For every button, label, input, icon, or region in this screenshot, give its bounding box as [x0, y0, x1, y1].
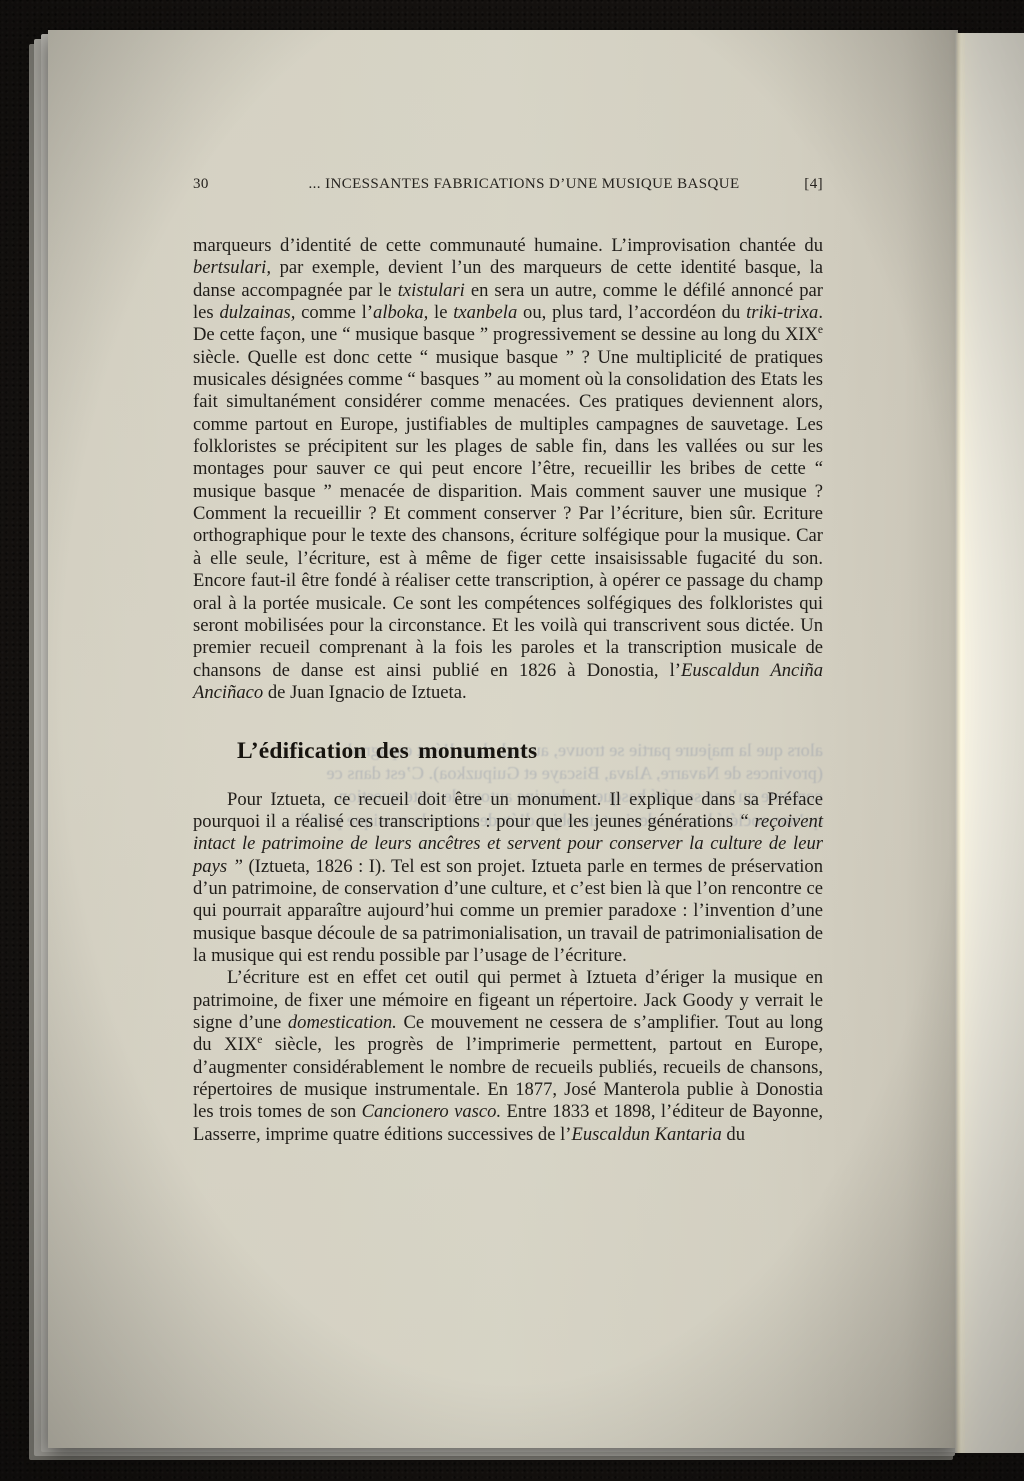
- text-run: du: [722, 1124, 745, 1145]
- page-text-area: 30 ... INCESSANTES FABRICATIONS D’UNE MU…: [193, 176, 823, 1146]
- italic-text: Euscaldun Kantaria: [571, 1124, 721, 1145]
- italic-text: bertsulari,: [193, 257, 271, 278]
- italic-text: txanbela: [453, 302, 517, 323]
- text-run: le: [428, 302, 453, 323]
- italic-text: triki-trixa: [746, 302, 818, 323]
- section-heading: L’édification des monuments: [193, 740, 823, 762]
- page-number: 30: [193, 176, 265, 193]
- text-run: siècle. Quelle est donc cette “ musique …: [193, 347, 823, 681]
- text-run: comme l’: [295, 302, 373, 323]
- superscript-text: e: [818, 324, 823, 336]
- book-gutter: [955, 33, 965, 1453]
- text-run: de Juan Ignacio de Iztueta.: [263, 682, 466, 703]
- text-run: (Iztueta, 1826 : I). Tel est son projet.…: [193, 856, 823, 966]
- issue-reference: [4]: [783, 176, 823, 193]
- text-run: ou, plus tard, l’accordéon du: [517, 302, 746, 323]
- italic-text: txistulari: [398, 280, 465, 301]
- book-page: 30 ... INCESSANTES FABRICATIONS D’UNE MU…: [48, 30, 958, 1448]
- italic-text: dulzainas,: [219, 302, 295, 323]
- text-run: marqueurs d’identité de cette communauté…: [193, 235, 823, 256]
- italic-text: alboka,: [373, 302, 428, 323]
- text-run: Pour Iztueta, ce recueil doit être un mo…: [193, 789, 823, 832]
- running-header: 30 ... INCESSANTES FABRICATIONS D’UNE MU…: [193, 176, 823, 193]
- italic-text: Cancionero vasco.: [362, 1101, 502, 1122]
- italic-text: domestication.: [288, 1012, 397, 1033]
- body-text: marqueurs d’identité de cette communauté…: [193, 235, 823, 1146]
- paragraph: Pour Iztueta, ce recueil doit être un mo…: [193, 789, 823, 968]
- paragraph: marqueurs d’identité de cette communauté…: [193, 235, 823, 704]
- next-page-sliver: [965, 33, 1024, 1453]
- book-photo: 30 ... INCESSANTES FABRICATIONS D’UNE MU…: [0, 0, 1024, 1481]
- running-title: ... INCESSANTES FABRICATIONS D’UNE MUSIQ…: [265, 176, 783, 193]
- paragraph: L’écriture est en effet cet outil qui pe…: [193, 967, 823, 1146]
